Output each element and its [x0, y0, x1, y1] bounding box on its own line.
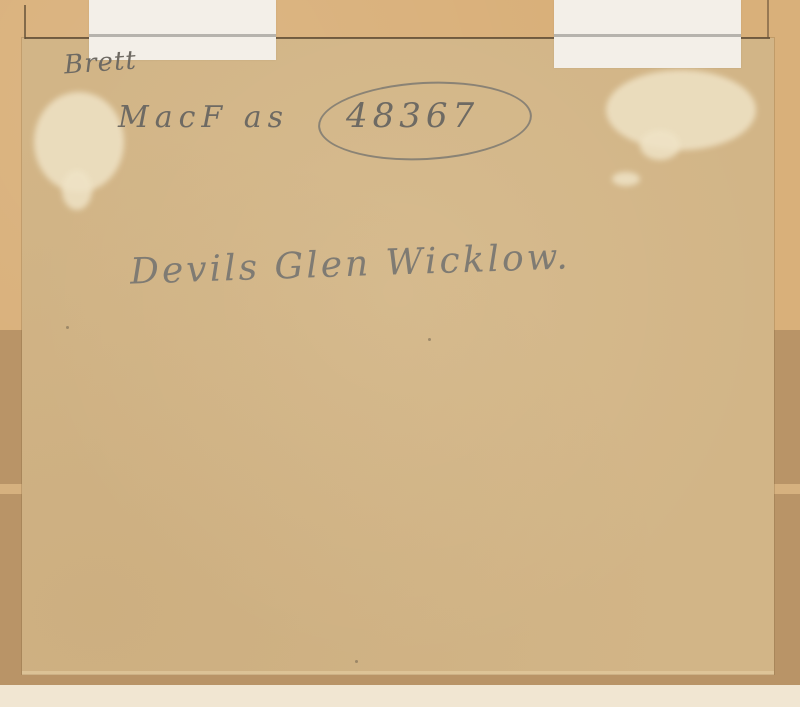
speck: [428, 338, 431, 341]
speck: [66, 326, 69, 329]
tape-fold-line: [89, 34, 276, 37]
stain-top-right-drip: [640, 130, 680, 160]
backing-sheet-edge: [22, 671, 774, 675]
hinge-tape-right: [554, 0, 741, 68]
outer-board-bottom: [0, 685, 800, 707]
stain-top-right: [606, 70, 756, 150]
sheet-right-corner-line: [767, 0, 769, 38]
inscription-reference-number: 48367: [346, 96, 479, 136]
artwork-back-scene: Brett MacF as 48367 Devils Glen Wicklow.: [0, 0, 800, 707]
speck: [355, 660, 358, 663]
tape-fold-line: [554, 34, 741, 37]
sheet-left-corner-line: [24, 5, 26, 39]
inscription-name: Brett: [63, 45, 138, 80]
stain-top-left-drip: [62, 170, 92, 210]
stain-small-spot: [612, 172, 640, 186]
inscription-reference-prefix: MacF as: [118, 100, 289, 135]
